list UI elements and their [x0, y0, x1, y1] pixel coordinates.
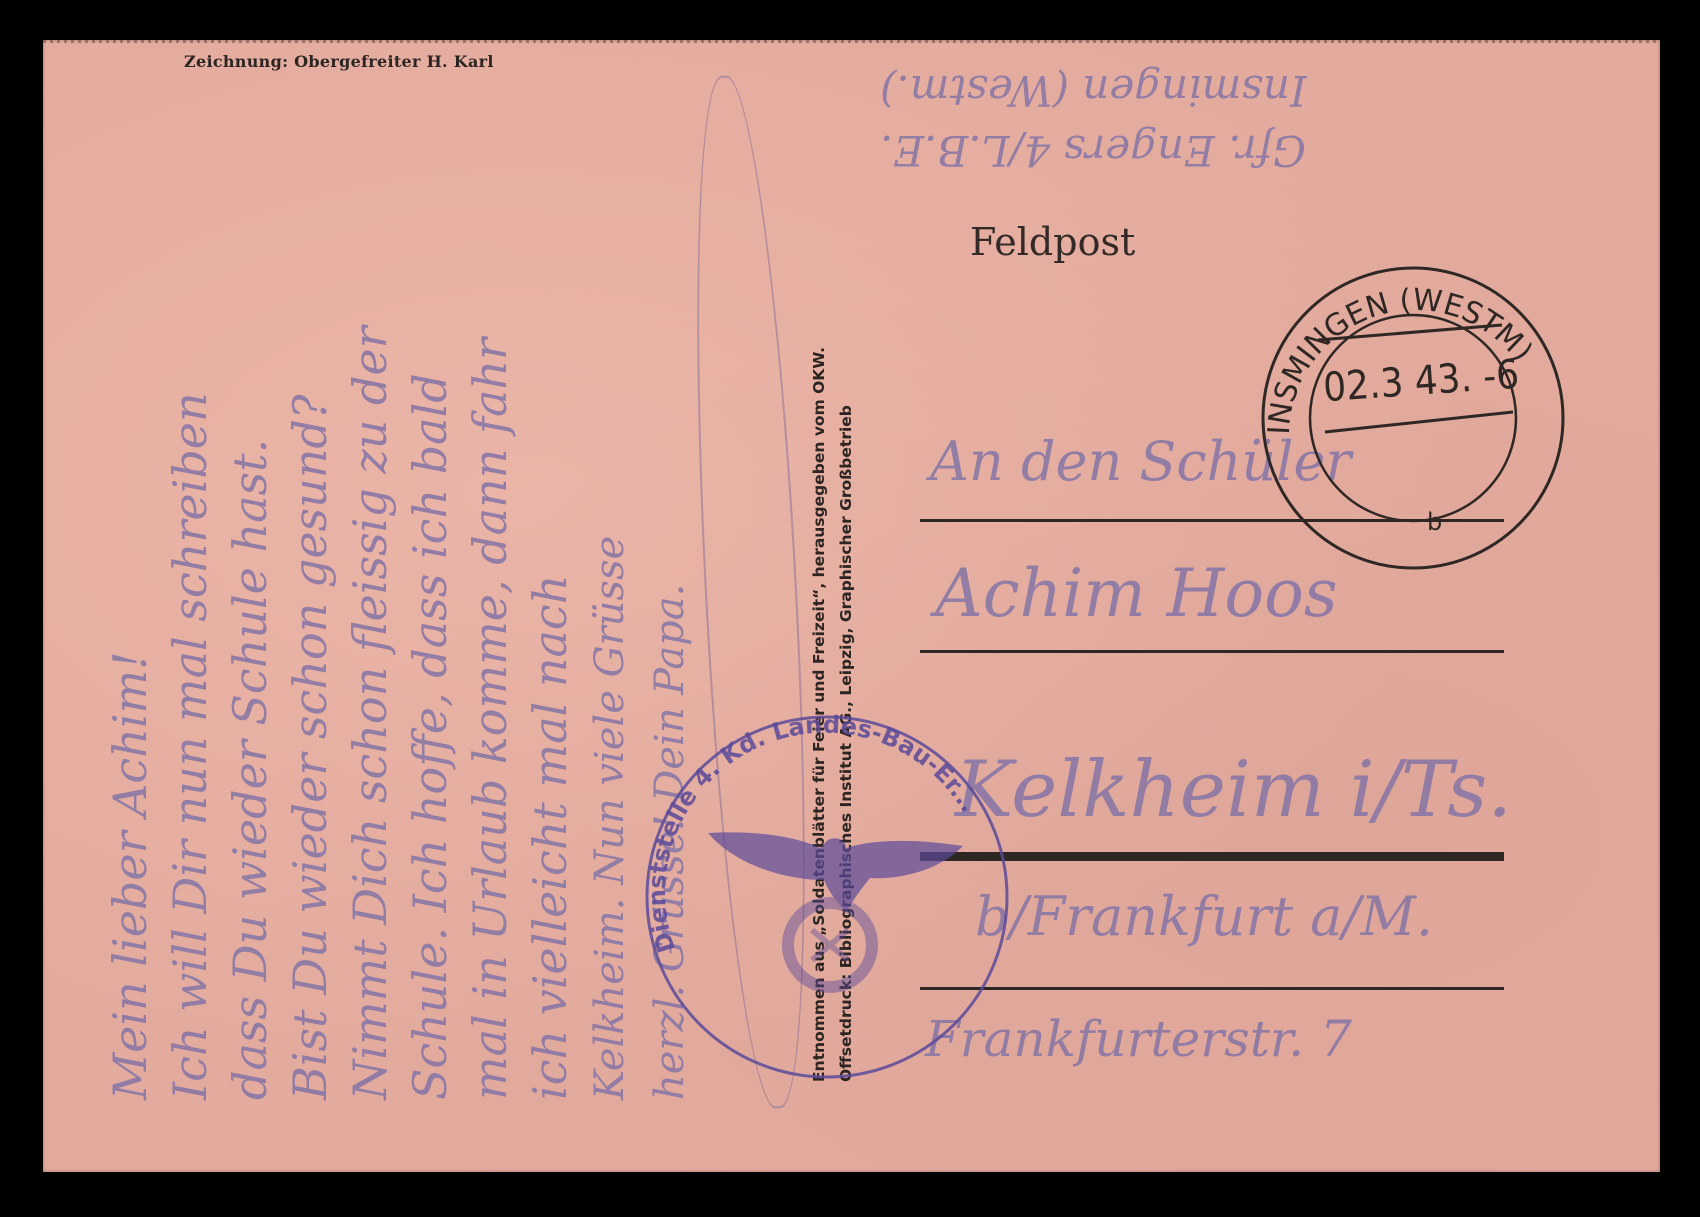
stamps-layer: INSMINGEN (WESTM) 02.3 43. -6 b Dienstst… [0, 0, 1700, 1217]
unit-stamp: Dienststelle 4. Kd. Landes-Bau-Er... [643, 711, 1007, 1077]
unit-stamp-text: Dienststelle 4. Kd. Landes-Bau-Er... [643, 711, 983, 956]
postmark-date: 02.3 43. -6 [1322, 352, 1521, 412]
eagle-emblem [708, 832, 963, 987]
postmark-letter: b [1427, 508, 1442, 536]
